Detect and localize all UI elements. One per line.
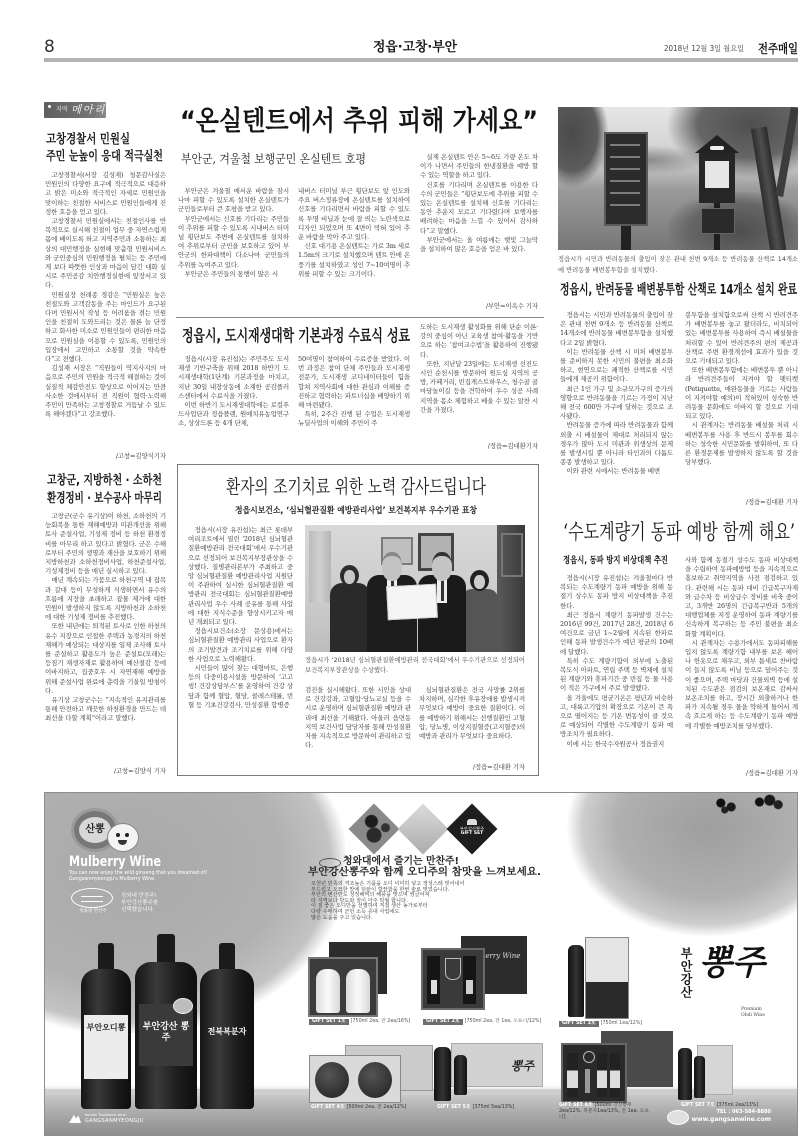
ad-body: 오천년 민족의 격조높은 기품을 오디 넉넉히 넣고 정성스레 빚어내어 부드럽… [311,882,531,921]
sign-post [621,222,631,250]
premium-wine-label: Premium Obdi Wine [741,1007,765,1018]
small-bottle [454,1055,467,1095]
section-divider [176,317,544,318]
photo-person-face [344,570,355,584]
paragraph: 반려동물 증가에 따라 반려동물과 함께 외출 시 배설물이 제대로 처리되지 … [560,421,673,467]
brand-calligraphy-small: 부안강산 [679,947,693,999]
paragraph: 도하는 도시재생 활성화를 위해 단순 이론·강의 중심이 아닌 교육생 참여·… [420,323,538,360]
paragraph: 부안군은 주민들의 통행이 많은 시 [178,270,289,279]
brand-name-text: Mulberry Wine [69,854,161,870]
paragraph: 특히 수도 계량기함이 외부에 노출된 복도식 아파트, 연립 주택 등 벽체에… [560,657,673,694]
gift-set-label: GIFT SET 5호[375ml 5ea/13%] [437,1105,514,1111]
wine-glass [583,1051,595,1063]
article-column: 실제 온실텐트 안은 5~6도 가량 온도 차이가 나면서 주민들의 한냉질환을… [420,153,538,311]
gift-set-badge: GIFT SET 5호 [437,1105,471,1110]
paragraph: 특히, 2주간 진행 된 수업은 도시재생 뉴딜사업의 이해와 주민이 주 [298,410,410,428]
title-text: 환자의 조기치료 위한 노력 감사드립니다 [226,475,486,499]
wine-bottle [567,1053,578,1097]
paragraph: 또한 배변봉투함에는 배변봉투 뿐 아니라 반려견주들이 지켜야 할 펫티켓(P… [685,366,798,421]
byline: /정읍=김대환 기자 [468,763,525,772]
gift-set-spec: [375ml 2ea/13%] [717,1103,759,1108]
headline-text: 정읍시, 반려동물 배변봉투함 산책로 14개소 설치 완료 [560,282,797,299]
brand-calligraphy-big: 뽕주 [699,943,765,983]
bottle-label: 전북복분자 [203,1021,251,1061]
gift-set-label: GIFT SET 3호[750ml 1ea/12%] [559,1021,642,1027]
tag-dot-icon [48,105,51,108]
article-headline: 정읍시, 도시재생대학 기본과정 수료식 성료 [182,326,410,346]
article-column: 50여명이 참여하여 수료증을 받았다. 이번 과정은 참여 단체 주민들과 도… [298,355,410,447]
paragraph: 부안군에서는 신호를 기다리는 주민들이 추위를 피할 수 있도록 시내버스 터… [178,215,289,270]
subhead-text: 정읍시, 동파 방지 비상대책 추진 [563,556,668,567]
mascot-icon [107,823,139,852]
paragraph: 고창군(군수 유기상)이 하천, 소하천의 기능회복을 통한 재해예방과 미관개… [45,512,166,576]
article-headline-line: 주민 눈높이 응대 적극실천 [46,148,163,164]
website-url: www.gangsanwine.com [691,1116,771,1123]
paragraph: 유기상 고창군수는 “지속적인 유지관리를 통해 안전하고 깨끗한 하천환경을 … [45,696,166,724]
bag-box-notice [701,208,735,234]
headline-text: 고창경찰서 민원실 [46,131,130,147]
headline-text: 주민 눈높이 응대 적극실천 [46,148,163,164]
seal-caption: 청와대 만찬주 [71,909,115,915]
article-column: 사와 함께 동절기 상수도 동파 비상대책을 수립하여 동파예방법 등을 지속적… [685,556,798,778]
ad-body-line: 많은 도움을 주고 있습니다. [311,916,531,922]
paragraph: 최근 1인 가구 및 소규모가구의 증가의 영향으로 반려동물을 기르는 가정이… [560,385,673,422]
byline: /정읍=김대환 기자 [741,769,798,778]
paragraph: 부안군은 겨울철 매서운 바람을 잠시나마 피할 수 있도록 설치한 온실텐트가… [178,187,289,215]
gift-set-spec: [375ml 5ea/13%] [473,1105,515,1110]
article-column: 부안군은 겨울철 매서운 바람을 잠시나마 피할 수 있도록 설치한 온실텐트가… [178,187,289,311]
paragraph: 신호를 기다리며 온실텐트를 이용한 다수의 군민들은 “횡단보도에 추위를 피… [420,181,538,236]
article-headline: 정읍시, 반려동물 배변봉투함 산책로 14개소 설치 완료 [560,282,797,299]
small-bottle [694,1056,705,1098]
photo-person [330,583,370,652]
issue-date-text: 2018년 12월 3일 월요일 [664,44,744,54]
article-column: 심뇌혈관질환은 전국 사망률 2위를 차지하며, 심각한 후유장애를 발생시켜 … [419,686,525,772]
main-headline: “온실텐트에서 추위 피해 가세요” [180,104,538,140]
wine-label [431,980,437,994]
bottle-bokbunja: 전북복분자 [200,943,254,1109]
paragraph: 또한, 지난달 23일에는 도시재생 선진도시인 순천시를 방문하여 원도심 지… [420,360,538,415]
mulberry-fruit-image [751,793,785,811]
byline: /정읍=김대환기자 [483,442,538,451]
paragraph: 정읍시(시장 유진섭)는 최근 롯데부여리조트에서 열린 ‘2018년 심뇌혈관… [188,526,293,627]
bottle-odi: 부안오디뽕 [81,943,131,1109]
bottle-gangsan: 부안강산 뽕주 [135,934,197,1109]
boxed-article-subtitle: 정읍시보건소, ‘심뇌혈관질환 예방관리사업’ 보건복지부 우수기관 표창 [235,506,477,517]
corkscrew [585,1069,590,1093]
paper-name-text: 전주매일 [758,41,798,56]
ad-headline: 부안강산뽕주와 함께 오디주의 참맛을 느껴보세요. [308,867,541,879]
blue-house-seal-icon [71,888,113,908]
paragraph: 봉투함을 설치함으로써 산책 시 반려견주가 배변봉투를 놓고 왔더라도, 비치… [685,311,798,366]
gift-set-spec: [750ml 2ea, 잔 1ea, 오프너/12%] [465,1019,542,1024]
tagline-line: Gangsanmyeongju's Mulberry Wine. [69,877,259,883]
bone-icon [710,146,724,150]
subtitle-text: 정읍시보건소, ‘심뇌혈관질환 예방관리사업’ 보건복지부 우수기관 표창 [235,506,477,517]
mulberry-photo-diamond [349,804,400,855]
photo-certificate [386,584,438,621]
brand-tagline: You can now enjoy the wild ginseng that … [69,871,259,883]
paragraph: 김성재 서장은 “직원들이 역지사지의 마음으로 주민의 민원을 적극적 해결하… [45,364,166,419]
product-gift-set-4 [309,1055,401,1103]
article-column: 내버스 터미널 부근 횡단보도 앞 인도와 주요 버스정류장에 온실텐트를 설치… [298,187,410,311]
premium-line: Obdi Wine [741,1013,765,1019]
footer-logo: Korean Traditional wine GANGSANMYEONGJU [85,1113,205,1124]
mulberry-fruit-image [713,795,739,815]
headline-text: 환경정비 · 보수공사 마무리 [47,489,162,506]
round-jug [358,1062,392,1098]
article-body-gochang-river: 고창군(군수 유기상)이 하천, 소하천의 기능회복을 통한 재해예방과 미관개… [45,512,166,776]
wine-glass [445,958,461,980]
article-headline-line: 고창경찰서 민원실 [46,131,130,147]
small-bottle [434,1047,451,1101]
wine-label [466,980,473,994]
small-bottle [678,1048,692,1100]
ceramic-bottle [316,969,340,1013]
photo-flag [309,531,331,603]
article-subhead: 정읍시, 동파 방지 비상대책 추진 [563,556,668,567]
paragraph: 내버스 터미널 부근 횡단보도 앞 인도와 주요 버스정류장에 온실텐트를 설치… [298,187,410,242]
byline: /부안=이옥수 기자 [481,302,538,311]
paragraph: 이에 시는 한국수자원공사 정읍권지 [560,740,673,749]
company-logo-icon [667,1110,689,1125]
seal-text: 청와대 만찬주! 부안강산뽕주를 선택했습니다. [121,893,181,914]
mascot-eye [125,833,129,837]
paragraph: 이는 반려동물 산책 시 미처 배변봉투를 준비하지 못한 시민의 불편을 최소… [560,348,673,385]
seal-text-line: 선택했습니다. [121,907,181,914]
product-gift-set-1 [308,957,378,1017]
brand-name-english: Mulberry Wine [69,854,161,870]
newspaper-page: 8 정읍·고창·부안 2018년 12월 3일 월요일 전주매일 지역 메아리 … [0,0,806,1140]
photo-caption: 정읍시가 ‘2018년 심뇌혈관질환예방관리 전국대회’에서 우수기관으로 선정… [305,656,525,677]
gift-set-badge: GIFT SET 3호 [559,1021,599,1027]
park-photo [558,107,798,250]
gift-set-badge: GIFT SET 2호 [423,1019,463,1025]
gift-set-spec: [750ml 2ea, 잔 2ea/16%] [351,1019,411,1024]
seal-text-line: 부안강산뽕주를 [121,900,181,907]
byline: /고창=김양식기자 [111,452,166,461]
gift-set-label: GIFT SET 2호[750ml 2ea, 잔 1ea, 오프너/12%] [423,1019,541,1025]
paragraph: 실제 온실텐트 안은 5~6도 가량 온도 차이가 나면서 주민들의 한냉질환을… [420,153,538,181]
article-column: 봉투함을 설치함으로써 산책 시 반려견주가 배변봉투를 놓고 왔더라도, 비치… [685,311,798,507]
product-gift-set-2 [421,948,485,1010]
dog-icon-panel [705,161,729,188]
wine-bottle [610,1053,620,1097]
diamond-line: GIFT SET [453,831,491,836]
paragraph: 시민들이 많이 찾는 대형마트, 은행 등의 다중이용시설을 방문하여 ‘고고씽… [188,664,293,710]
ceramic-bottle [346,969,370,1013]
photo-person-face [382,552,402,581]
byline: /정읍=김대환 기자 [741,498,798,507]
ad-headline-text: 부안강산뽕주와 함께 오디주의 참맛을 느껴보세요. [308,867,541,879]
product-gift-set-6 [561,1043,627,1103]
headline-text: ‘수도계량기 동파 예방 함께 해요’ [563,519,795,546]
article-headline: ‘수도계량기 동파 예방 함께 해요’ [563,519,795,546]
paragraph: 신호 대기용 온실텐트는 가로 3m 세로 1.5m의 크기로 설치했으며 텐트… [298,242,410,279]
photo-caption: 정읍시가 시민과 반려동물의 출입이 잦은 관내 천변 9개소 등 반려동물 산… [558,254,798,278]
paragraph: 이와 관련 시에서는 반려동물 배변 [560,467,673,476]
signboard-icons [610,140,640,212]
bottle-seal [173,998,193,1014]
paragraph: 정읍시보건소(소장 문상용)에서는 심뇌혈관질환 예방관리 사업으로 환자의 조… [188,627,293,664]
seal-text-line: 청와대 만찬주! [121,893,181,900]
photo-frame [501,533,523,577]
grey-brush-top-right [565,792,798,938]
product-bottle-3 [568,945,584,1017]
phone-number: TEL : 063-584-8880 [691,1109,771,1115]
article-column: 정읍시(시장 유진섭)는 겨울철마다 반복되는 수도계량기 동파 예방을 위해 … [560,574,673,775]
subhead-text: 부안군, 겨울철 보행군민 온실텐트 호평 [181,152,366,167]
article-column: 도하는 도시재생 활성화를 위해 단순 이론·강의 중심이 아닌 교육생 참여·… [420,323,538,451]
paragraph: 정읍시(시장 유진섭)는 주민주도 도시재생 기반구축을 위해 2018 하반기… [178,355,289,401]
premium-line: Premium [741,1007,765,1013]
gift-set-label: GIFT SET 6호[500ml 강산뽕주2ea/12%, 복분자1ea/13… [559,1103,653,1121]
gift-set-badge: GIFT SET 7호 [681,1103,715,1108]
paragraph: 시 관계자는 수용가에서도 동파피해를 입지 않도록 계량기함 내부를 보온 헤… [685,639,798,731]
paragraph: 50여명이 참여하여 수료증을 받았다. 이번 과정은 참여 단체 주민들과 도… [298,355,410,410]
paragraph: 정읍시(시장 유진섭)는 겨울철마다 반복되는 수도계량기 동파 예방을 위해 … [560,574,673,611]
paragraph: 고창경찰서 민원실에서는 친절인사를 반복적으로 실시해 친절이 업무 중 자연… [45,217,166,291]
round-jug [315,1062,349,1098]
article-column: 정읍시(시장 유진섭)는 주민주도 도시재생 기반구축을 위해 2018 하반기… [178,355,289,447]
article-body-gochang-police: 고창경찰서(서장 김성재) 청문감사실은 민원인의 다양한 요구에 적극적으로 … [45,171,166,461]
photo-person-face [432,552,452,581]
footer-logo-line: GANGSANMYEONGJU [85,1118,205,1124]
paragraph: 사와 함께 동절기 상수도 동파 비상대책을 수립하여 동파예방법 등을 지속적… [685,556,798,639]
boxed-article-title: 환자의 조기치료 위한 노력 감사드립니다 [226,475,486,499]
paragraph: 시 관계자는 반려동물 배설물 처리 시 배변봉투를 사용 후 반드시 봉투를 … [685,421,798,467]
article-headline-line: 고창군, 지방하천 · 소하천 [47,471,162,488]
gift-icon [467,819,477,825]
article-headline-line: 환경정비 · 보수공사 마무리 [47,489,162,506]
paragraph: 올 겨울에도 평균기온은 평년과 비슷하고, 대륙고기압의 확장으로 기온이 큰… [560,694,673,740]
paragraph: 심뇌혈관질환은 전국 사망률 2위를 차지하며, 심각한 후유장애를 발생시켜 … [419,686,525,741]
gift-set-badge: GIFT SET 1호 [309,1019,349,1025]
gift-set-badge: GIFT SET 4호 [311,1105,345,1110]
product-box-3 [585,937,629,1019]
mascot-eye [116,833,120,837]
bag-box-roof [695,135,739,153]
article-subhead: 부안군, 겨울철 보행군민 온실텐트 호평 [181,152,366,167]
paragraph: 부안군에서는 올 여름에는 햇빛 그늘막을 설치하여 많은 호응을 얻은 바 있… [420,236,538,254]
headline-text: 고창군, 지방하천 · 소하천 [47,471,162,488]
gift-set-diamond-text: 부안강산뽕주 GIFT SET [453,819,491,836]
paragraph: 정읍시는 시민과 반려동물의 출입이 잦은 관내 천변 9개소 등 반려동물 산… [560,311,673,348]
page-number: 8 [44,37,55,57]
paragraph: 최근 정읍시 계량기 동파발생 건수는 2016년 99건, 2017년 28건… [560,611,673,657]
tag-prefix: 지역 [56,106,68,114]
section-title: 정읍·고창·부안 [373,40,457,56]
paragraph: 고창경찰서(서장 김성재) 청문감사실은 민원인의 다양한 요구에 적극적으로 … [45,171,166,217]
paragraph: 또한 내년에는 퇴적된 토사로 인한 하천의 유수 지장으로 인접한 주택과 농… [45,622,166,696]
photo-person-face [474,575,485,589]
article-column: 정읍시(시장 유진섭)는 최근 롯데부여리조트에서 열린 ‘2018년 심뇌혈관… [188,526,293,773]
leaf-photo-diamond [398,804,449,855]
wine-bottle [597,1053,607,1097]
paragraph: 매년 계속되는 가뭄으로 하천구역 내 잡목과 갈대 등이 무성하게 식생하면서… [45,576,166,622]
seal-building [81,896,103,902]
paper-name: 전주매일 [758,41,798,56]
headline-text: 정읍시, 도시재생대학 기본과정 수료식 성료 [182,326,410,346]
gift-set-label: GIFT SET 1호[750ml 2ea, 잔 2ea/16%] [309,1019,410,1025]
mulberry-wine-advertisement: 산뽕 Mulberry Wine You can now enjoy the w… [44,792,798,1136]
gift-set-badge: GIFT SET 6호 [559,1103,593,1108]
photo-tie [441,579,444,601]
paragraph: 민원실장 천래종 경감은 “민원실은 높은 친절도와 고객감동을 주는 마인드가… [45,291,166,365]
header-rule [44,58,798,62]
paragraph: 이번 하반기 도시재생대학에는 로컬푸드사업단과 정읍플랜, 원예치유농업연구소… [178,401,289,429]
bottle-label: 부안오디뽕 [84,1015,128,1079]
section-title-text: 정읍·고창·부안 [373,40,457,56]
gift-set-label: GIFT SET 4호[500ml 2ea, 잔 2ea/12%] [311,1105,406,1111]
headline-text: “온실텐트에서 추위 피해 가세요” [180,104,538,140]
article-column: 정읍시는 시민과 반려동물의 출입이 잦은 관내 천변 9개소 등 반려동물 산… [560,311,673,502]
gift-set-spec: [500ml 2ea, 잔 2ea/12%] [347,1105,407,1110]
paragraph: 검진을 실시해왔다. 또한 시민을 상대로 건강강좌, 고혈압·당뇨교실 등을 … [305,686,411,750]
issue-date: 2018년 12월 3일 월요일 [664,44,744,54]
photo-person [462,589,498,652]
byline: /고창=김양식 기자 [109,767,166,776]
mascot-mouth [118,840,127,845]
article-column: 검진을 실시해왔다. 또한 시민을 상대로 건강강좌, 고혈압·당뇨교실 등을 … [305,686,411,772]
tag-label: 메아리 [71,103,106,117]
award-photo [305,525,525,652]
gift-set-spec: [750ml 1ea/12%] [601,1021,643,1026]
section-tag: 지역 메아리 [44,102,106,118]
